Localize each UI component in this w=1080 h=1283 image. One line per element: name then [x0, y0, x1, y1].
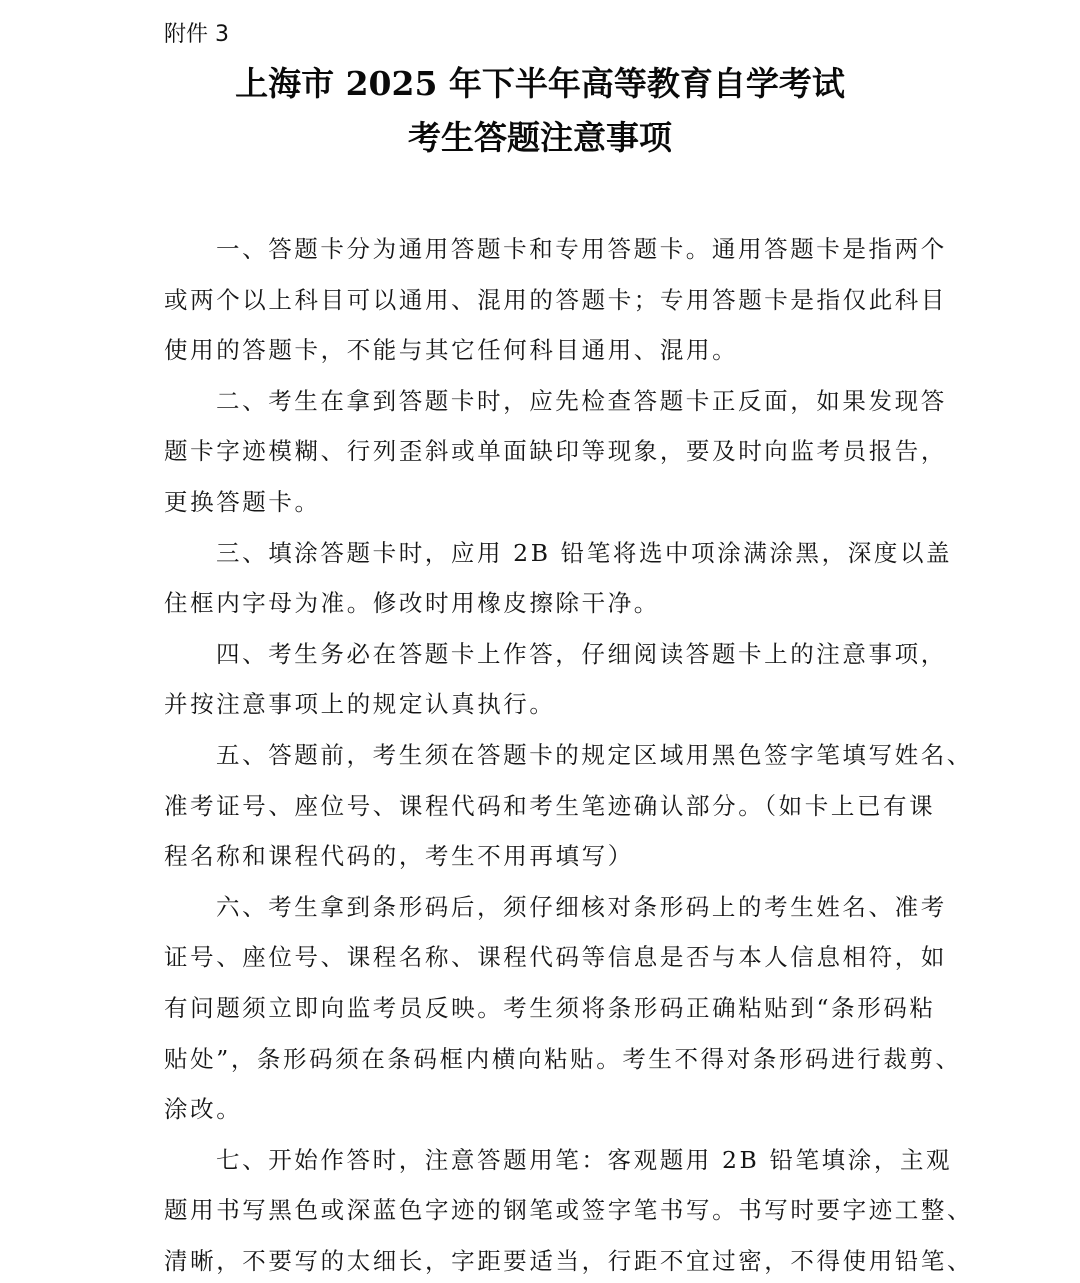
paragraph-line: 涂改。	[164, 1084, 924, 1135]
paragraph-3: 三、填涂答题卡时，应用 2B 铅笔将选中项涂满涂黑，深度以盖 住框内字母为准。修…	[164, 528, 924, 629]
paragraph-line: 五、答题前，考生须在答题卡的规定区域用黑色签字笔填写姓名、	[164, 730, 924, 781]
document-title: 上海市 2025 年下半年高等教育自学考试	[0, 58, 1080, 105]
paragraph-line: 清晰，不要写的太细长，字距要适当，行距不宜过密，不得使用铅笔、	[164, 1236, 924, 1283]
paragraph-line: 七、开始作答时，注意答题用笔：客观题用 2B 铅笔填涂，主观	[164, 1135, 924, 1186]
document-body: 一、答题卡分为通用答题卡和专用答题卡。通用答题卡是指两个 或两个以上科目可以通用…	[164, 224, 924, 1283]
paragraph-line: 程名称和课程代码的，考生不用再填写）	[164, 831, 924, 882]
attachment-label: 附件 3	[164, 20, 229, 50]
paragraph-line: 四、考生务必在答题卡上作答，仔细阅读答题卡上的注意事项，	[164, 629, 924, 680]
paragraph-6: 六、考生拿到条形码后，须仔细核对条形码上的考生姓名、准考 证号、座位号、课程名称…	[164, 882, 924, 1135]
paragraph-line: 有问题须立即向监考员反映。考生须将条形码正确粘贴到“条形码粘	[164, 983, 924, 1034]
paragraph-5: 五、答题前，考生须在答题卡的规定区域用黑色签字笔填写姓名、 准考证号、座位号、课…	[164, 730, 924, 882]
paragraph-line: 更换答题卡。	[164, 477, 924, 528]
paragraph-line: 住框内字母为准。修改时用橡皮擦除干净。	[164, 578, 924, 629]
paragraph-4: 四、考生务必在答题卡上作答，仔细阅读答题卡上的注意事项， 并按注意事项上的规定认…	[164, 629, 924, 730]
paragraph-2: 二、考生在拿到答题卡时，应先检查答题卡正反面，如果发现答 题卡字迹模糊、行列歪斜…	[164, 376, 924, 528]
paragraph-1: 一、答题卡分为通用答题卡和专用答题卡。通用答题卡是指两个 或两个以上科目可以通用…	[164, 224, 924, 376]
paragraph-line: 贴处”，条形码须在条码框内横向粘贴。考生不得对条形码进行裁剪、	[164, 1034, 924, 1085]
paragraph-line: 证号、座位号、课程名称、课程代码等信息是否与本人信息相符，如	[164, 932, 924, 983]
paragraph-line: 并按注意事项上的规定认真执行。	[164, 679, 924, 730]
paragraph-line: 准考证号、座位号、课程代码和考生笔迹确认部分。（如卡上已有课	[164, 781, 924, 832]
paragraph-line: 三、填涂答题卡时，应用 2B 铅笔将选中项涂满涂黑，深度以盖	[164, 528, 924, 579]
paragraph-line: 或两个以上科目可以通用、混用的答题卡；专用答题卡是指仅此科目	[164, 275, 924, 326]
paragraph-line: 使用的答题卡，不能与其它任何科目通用、混用。	[164, 325, 924, 376]
paragraph-line: 题卡字迹模糊、行列歪斜或单面缺印等现象，要及时向监考员报告，	[164, 426, 924, 477]
paragraph-line: 二、考生在拿到答题卡时，应先检查答题卡正反面，如果发现答	[164, 376, 924, 427]
paragraph-line: 题用书写黑色或深蓝色字迹的钢笔或签字笔书写。书写时要字迹工整、	[164, 1185, 924, 1236]
paragraph-line: 六、考生拿到条形码后，须仔细核对条形码上的考生姓名、准考	[164, 882, 924, 933]
paragraph-7: 七、开始作答时，注意答题用笔：客观题用 2B 铅笔填涂，主观 题用书写黑色或深蓝…	[164, 1135, 924, 1283]
document-subtitle: 考生答题注意事项	[0, 112, 1080, 159]
paragraph-line: 一、答题卡分为通用答题卡和专用答题卡。通用答题卡是指两个	[164, 224, 924, 275]
